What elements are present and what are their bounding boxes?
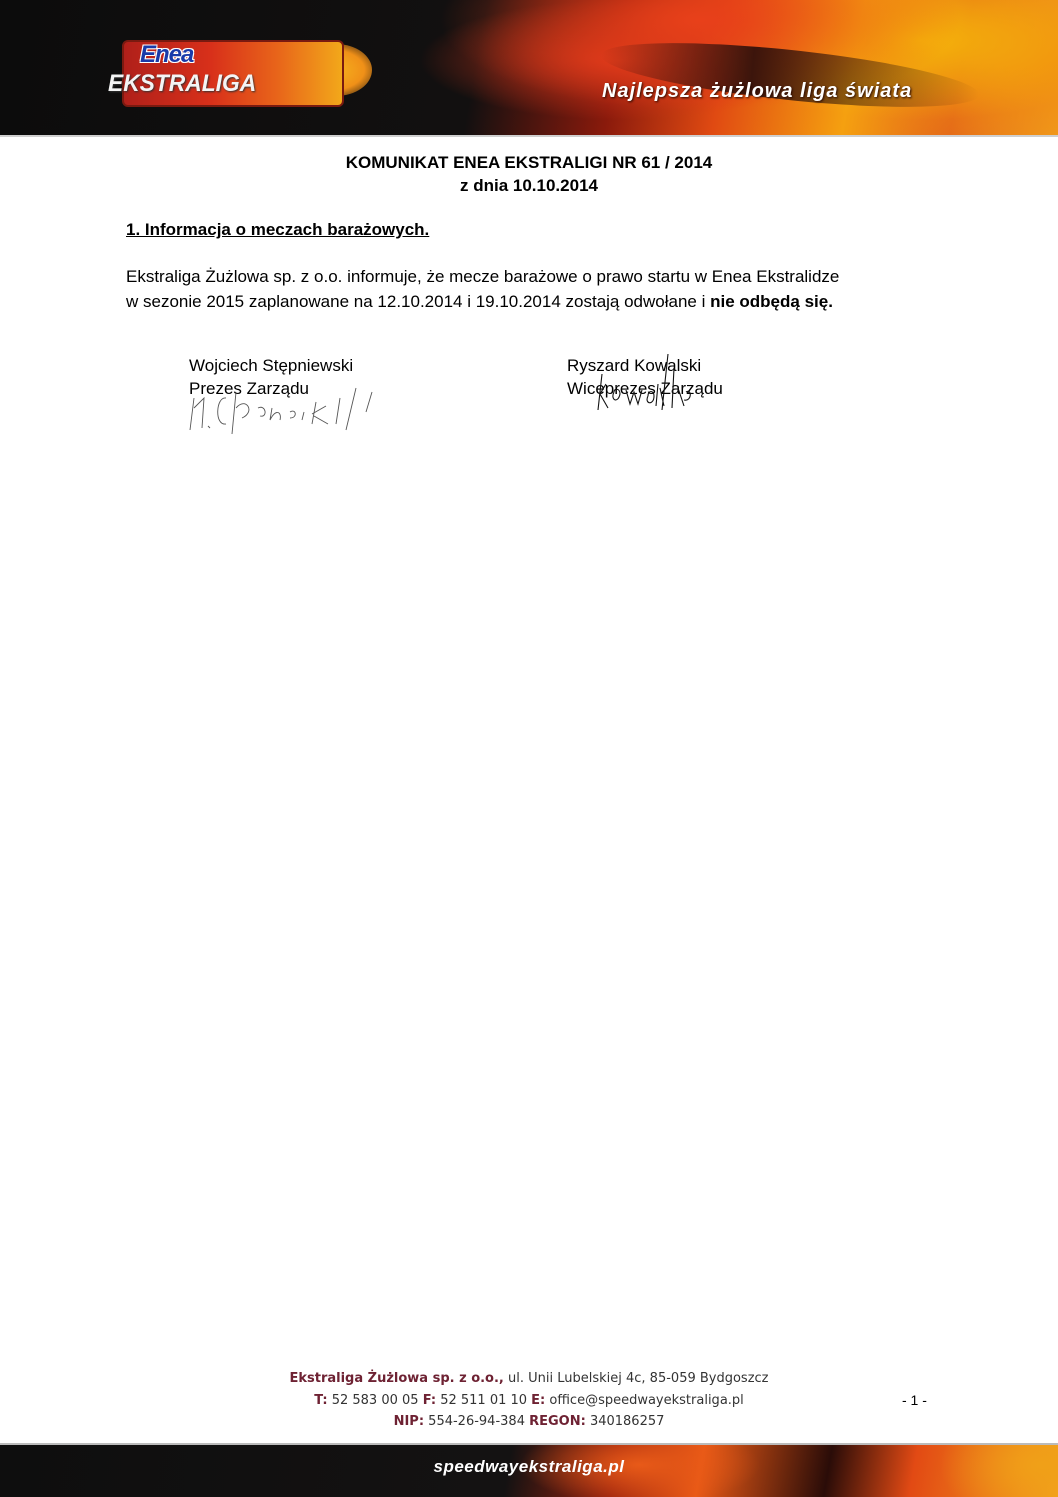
footer-nip-label: NIP: (394, 1414, 424, 1429)
website-link[interactable]: speedwayekstraliga.pl (0, 1457, 1058, 1477)
footer-fax: 52 511 01 10 (436, 1393, 531, 1408)
footer-tel: 52 583 00 05 (328, 1393, 423, 1408)
document-title: KOMUNIKAT ENEA EKSTRALIGI NR 61 / 2014 (0, 153, 1058, 173)
footer-company-address: Ekstraliga Żużlowa sp. z o.o., ul. Unii … (0, 1371, 1058, 1386)
paragraph-line-2-text: w sezonie 2015 zaplanowane na 12.10.2014… (126, 292, 710, 311)
logo-ekstraliga-text: EKSTRALIGA (108, 70, 256, 98)
footer-registration: NIP: 554-26-94-384 REGON: 340186257 (0, 1414, 1058, 1429)
footer-email[interactable]: office@speedwayekstraliga.pl (545, 1393, 744, 1408)
footer-nip: 554-26-94-384 (424, 1414, 529, 1429)
footer-contacts: T: 52 583 00 05 F: 52 511 01 10 E: offic… (0, 1393, 1058, 1408)
paragraph-emphasis: nie odbędą się. (710, 292, 833, 311)
banner-flame-streak (598, 30, 981, 119)
logo-enea-text: Enea (140, 41, 193, 69)
signature-president-icon (186, 368, 386, 440)
footer-regon: 340186257 (586, 1414, 665, 1429)
footer-company-name: Ekstraliga Żużlowa sp. z o.o., (289, 1371, 503, 1386)
paragraph-line-1: Ekstraliga Żużlowa sp. z o.o. informuje,… (126, 264, 946, 289)
footer-regon-label: REGON: (529, 1414, 586, 1429)
paragraph-line-2: w sezonie 2015 zaplanowane na 12.10.2014… (126, 289, 946, 314)
footer-address: ul. Unii Lubelskiej 4c, 85-059 Bydgoszcz (504, 1371, 769, 1386)
document-date: z dnia 10.10.2014 (0, 176, 1058, 196)
footer-email-label: E: (531, 1393, 545, 1408)
signature-vice-president-icon (592, 344, 702, 414)
footer-tel-label: T: (314, 1393, 327, 1408)
section-heading: 1. Informacja o meczach barażowych. (126, 220, 429, 240)
footer-fax-label: F: (423, 1393, 436, 1408)
page-number: - 1 - (902, 1392, 927, 1408)
header-tagline: Najlepsza żużlowa liga świata (602, 80, 912, 103)
announcement-paragraph: Ekstraliga Żużlowa sp. z o.o. informuje,… (126, 264, 946, 314)
